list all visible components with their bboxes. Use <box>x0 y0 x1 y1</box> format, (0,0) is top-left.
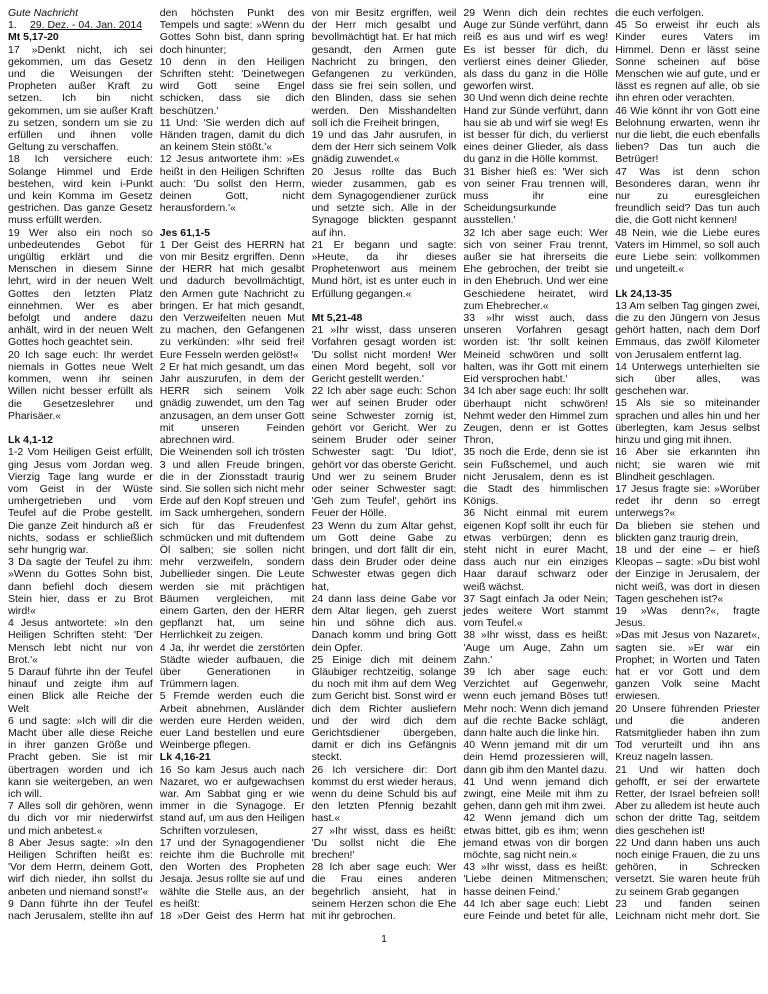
verse-paragraph: 37 Sagt einfach Ja oder Nein; jedes weit… <box>463 593 608 630</box>
verse-paragraph: 1 Der Geist des HERRN hat von mir Besitz… <box>160 239 305 361</box>
verse-paragraph: 6 und sagte: »Ich will dir die Macht übe… <box>8 715 153 800</box>
verse-paragraph: 3 Da sagte der Teufel zu ihm: »Wenn du G… <box>8 556 153 617</box>
passage-heading: Mt 5,21-48 <box>312 312 457 324</box>
verse-paragraph: 36 Nicht einmal mit eurem eigenen Kopf s… <box>463 507 608 592</box>
verse-paragraph: 46 Wie könnt ihr von Gott eine Belohnung… <box>615 105 760 166</box>
week-number: 1. <box>8 19 30 31</box>
document-flow: Gute Nachricht1.29. Dez. - 04. Jan. 2014… <box>8 7 760 929</box>
verse-paragraph: 39 Ich aber sage euch: Verzichtet auf Ge… <box>463 666 608 739</box>
passage-heading: Mt 5,17-20 <box>8 31 153 43</box>
verse-paragraph: 34 Ich aber sage euch: Ihr sollt überhau… <box>463 385 608 446</box>
line-spacer <box>615 275 760 287</box>
verse-paragraph: 4 Jesus antwortete: »In den Heiligen Sch… <box>8 617 153 666</box>
week-date-range: 29. Dez. - 04. Jan. 2014 <box>30 19 142 31</box>
verse-paragraph: 48 Nein, wie die Liebe eures Vaters im H… <box>615 227 760 276</box>
verse-paragraph: 15 Als sie so miteinander sprachen und a… <box>615 397 760 446</box>
verse-paragraph: 21 Er begann und sagte: »Heute, da ihr d… <box>312 239 457 300</box>
verse-paragraph: 25 Einige dich mit deinem Gläubiger rech… <box>312 654 457 764</box>
passage-heading: Lk 4,1-12 <box>8 434 153 446</box>
verse-paragraph: »Das mit Jesus von Nazaret«, sagten sie.… <box>615 629 760 702</box>
verse-paragraph: 19 »Was denn?«, fragte Jesus. <box>615 605 760 629</box>
verse-paragraph: 10 denn in den Heiligen Schriften steht:… <box>160 56 305 117</box>
line-spacer <box>8 422 153 434</box>
verse-paragraph: 17 »Denkt nicht, ich sei gekommen, um da… <box>8 44 153 154</box>
verse-paragraph: 31 Bisher hieß es: 'Wer sich von seiner … <box>463 166 608 227</box>
verse-paragraph: 17 und der Synagogendiener reichte ihm d… <box>160 837 305 910</box>
verse-paragraph: 7 Alles soll dir gehören, wenn du dich v… <box>8 800 153 837</box>
week-header: 1.29. Dez. - 04. Jan. 2014 <box>8 19 153 31</box>
verse-paragraph: 20 Jesus rollte das Buch wieder zusammen… <box>312 166 457 239</box>
document-page: Gute Nachricht1.29. Dez. - 04. Jan. 2014… <box>0 0 768 994</box>
line-spacer <box>160 214 305 226</box>
verse-paragraph: 32 Ich aber sage euch: Wer sich von sein… <box>463 227 608 312</box>
verse-paragraph: 26 Ich versichere dir: Dort kommst du er… <box>312 764 457 825</box>
doc-title: Gute Nachricht <box>8 7 153 19</box>
verse-paragraph: 19 Wer also ein noch so unbedeutendes Ge… <box>8 227 153 349</box>
verse-paragraph: 21 Und wir hatten doch gehofft, er sei d… <box>615 764 760 837</box>
verse-paragraph: 21 »Ihr wisst, dass unseren Vorfahren ge… <box>312 324 457 385</box>
verse-paragraph: 41 Und wenn jemand dich zwingt, eine Mei… <box>463 776 608 813</box>
verse-paragraph: Die Weinenden soll ich trösten 3 und all… <box>160 446 305 641</box>
verse-paragraph: 28 Ich aber sage euch: Wer die Frau eine… <box>312 861 457 922</box>
passage-heading: Lk 4,16-21 <box>160 751 305 763</box>
verse-paragraph: 43 »Ihr wisst, dass es heißt: 'Liebe dei… <box>463 861 608 898</box>
verse-paragraph: 22 Und dann haben uns auch noch einige F… <box>615 837 760 898</box>
verse-paragraph: 5 Darauf führte ihn der Teufel hinauf un… <box>8 666 153 715</box>
verse-paragraph: 4 Ja, ihr werdet die zerstörten Städte w… <box>160 642 305 691</box>
verse-paragraph: 45 So erweist ihr euch als Kinder eures … <box>615 19 760 104</box>
verse-paragraph: Da blieben sie stehen und blickten ganz … <box>615 520 760 544</box>
verse-paragraph: 14 Unterwegs unterhielten sie sich über … <box>615 361 760 398</box>
verse-paragraph: 1-2 Vom Heiligen Geist erfüllt, ging Jes… <box>8 446 153 556</box>
passage-heading: Lk 24,13-35 <box>615 288 760 300</box>
verse-paragraph: 38 »Ihr wisst, dass es heißt: 'Auge um A… <box>463 629 608 666</box>
verse-paragraph: 20 Unsere führenden Priester und die and… <box>615 703 760 764</box>
verse-paragraph: 16 Aber sie erkannten ihn nicht; sie war… <box>615 446 760 483</box>
verse-paragraph: 35 noch die Erde, denn sie ist sein Fußs… <box>463 446 608 507</box>
verse-paragraph: 30 Und wenn dich deine rechte Hand zur S… <box>463 92 608 165</box>
verse-paragraph: 18 und der eine – er hieß Kleopas – sagt… <box>615 544 760 605</box>
verse-paragraph: 5 Fremde werden euch die Arbeit abnehmen… <box>160 690 305 751</box>
verse-paragraph: 8 Aber Jesus sagte: »In den Heiligen Sch… <box>8 837 153 898</box>
verse-paragraph: 20 Ich sage euch: Ihr werdet niemals in … <box>8 349 153 422</box>
verse-paragraph: 22 Ich aber sage euch: Schon wer auf sei… <box>312 385 457 519</box>
line-spacer <box>312 300 457 312</box>
verse-paragraph: 24 dann lass deine Gabe vor dem Altar li… <box>312 593 457 654</box>
verse-paragraph: 40 Wenn jemand mit dir um dein Hemd proz… <box>463 739 608 776</box>
verse-paragraph: 18 Ich versichere euch: Solange Himmel u… <box>8 153 153 226</box>
verse-paragraph: 33 »Ihr wisst auch, dass unseren Vorfahr… <box>463 312 608 385</box>
verse-paragraph: 12 Jesus antwortete ihm: »Es heißt in de… <box>160 153 305 214</box>
verse-paragraph: 27 »Ihr wisst, dass es heißt: 'Du sollst… <box>312 825 457 862</box>
verse-paragraph: 29 Wenn dich dein rechtes Auge zur Sünde… <box>463 7 608 92</box>
verse-paragraph: 42 Wenn jemand dich um etwas bittet, gib… <box>463 812 608 861</box>
verse-paragraph: 47 Was ist denn schon Besonderes daran, … <box>615 166 760 227</box>
verse-paragraph: 11 Und: 'Sie werden dich auf Händen trag… <box>160 117 305 154</box>
verse-paragraph: 16 So kam Jesus auch nach Nazaret, wo er… <box>160 764 305 837</box>
verse-paragraph: 23 Wenn du zum Altar gehst, um Gott dein… <box>312 520 457 593</box>
verse-paragraph: 17 Jesus fragte sie: »Worüber redet ihr … <box>615 483 760 520</box>
page-number: 1 <box>0 933 768 945</box>
verse-paragraph: 2 Er hat mich gesandt, um das Jahr auszu… <box>160 361 305 446</box>
passage-heading: Jes 61,1-5 <box>160 227 305 239</box>
verse-paragraph: 13 Am selben Tag gingen zwei, die zu den… <box>615 300 760 361</box>
verse-paragraph: 19 und das Jahr ausrufen, in dem der Her… <box>312 129 457 166</box>
